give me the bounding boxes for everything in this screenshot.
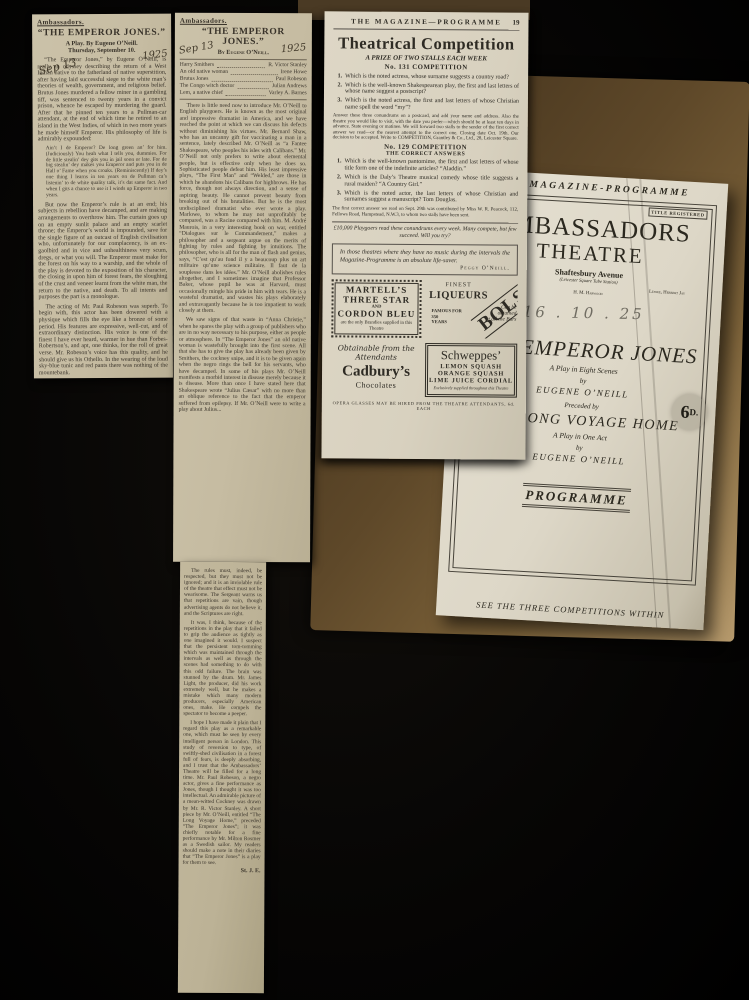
clipping1-play-quote: Ain’t I de Emperor? De long green an’ fo…	[46, 145, 167, 199]
clipping3-paragraph: It was, I think, because of the repetiti…	[183, 620, 262, 718]
newspaper-clipping-continuation: The rules must, indeed, be respected, bu…	[178, 562, 266, 993]
magazine-header: THE MAGAZINE—PROGRAMME 19	[333, 17, 519, 30]
schweppes-wordmark: Schweppes’	[428, 348, 514, 364]
divider-rule	[332, 221, 518, 223]
competition-question: 2. Which is the well-known Shakespearean…	[333, 82, 519, 96]
opera-glasses-notice: OPERA GLASSES MAY BE HIRED FROM THE THEA…	[331, 401, 517, 412]
page-number: 19	[512, 19, 519, 27]
schweppes-ad: Schweppes’ LEMON SQUASH ORANGE SQUASH LI…	[425, 343, 517, 398]
competition-subtitle: A PRIZE OF TWO STALLS EACH WEEK	[333, 54, 519, 62]
competition-answer: 3. Which is the noted actor, the last le…	[332, 190, 518, 204]
critic-initials: St. J. E.	[182, 867, 260, 873]
answers-heading: THE CORRECT ANSWERS	[333, 150, 519, 157]
cast-row: Lem, a native chiefVarley A. Barnes	[180, 90, 307, 97]
newspaper-clipping-2: Ambassadors. “THE EMPEROR JONES.” By Eug…	[173, 13, 312, 562]
magazine-programme-page: THE MAGAZINE—PROGRAMME 19 Theatrical Com…	[321, 11, 528, 459]
competition-answer: 1. Which is the well-known pantomime, th…	[332, 159, 518, 173]
clipping3-paragraph: I hope I have made it plain that I regar…	[183, 720, 262, 867]
scrapbook-photo: THE MAGAZINE-PROGRAMME TITLE REGISTERED …	[0, 0, 749, 1000]
martell-brandy-ad: MARTELL’S THREE STAR AND CORDON BLEU are…	[331, 280, 421, 339]
clipping1-title: “THE EMPEROR JONES.”	[37, 28, 166, 39]
cadburys-wordmark: Cadbury’s	[331, 364, 421, 382]
competition-instructions: Answer these three conundrums on a postc…	[333, 114, 519, 143]
testimonial-box: In those theatres where they have no mus…	[332, 244, 518, 276]
cast-list: Harry SmithersR. Victor Stanley An old n…	[180, 59, 307, 100]
ad-row-2: Obtainable from the Attendants Cadbury’s…	[331, 343, 517, 398]
clipping2-paragraph: There is little need now to introduce Mr…	[179, 103, 307, 315]
competition-tagline: £10,000 Playgoers read these conundrums …	[332, 225, 518, 239]
competition-question: 1. Which is the noted actress, whose sur…	[333, 73, 519, 81]
clipping2-venue: Ambassadors.	[180, 17, 307, 25]
handwritten-date-cover: 16 . 10 . 25	[523, 303, 645, 324]
handwritten-year: 1925	[280, 42, 306, 55]
testimonial-signature: Peggy O’Neill.	[340, 265, 510, 272]
clipping1-paragraph: But now the Emperor’s rule is at an end;…	[38, 202, 168, 302]
ad-row-1: MARTELL’S THREE STAR AND CORDON BLEU are…	[331, 280, 517, 339]
clipping1-paragraph: The acting of Mr. Paul Robeson was super…	[39, 303, 168, 376]
clipping1-venue: Ambassadors.	[37, 18, 166, 27]
clipping3-paragraph: The rules must, indeed, be respected, bu…	[184, 568, 262, 617]
clipping2-paragraph: We saw signs of that waste in “Anna Chri…	[179, 317, 306, 414]
cadburys-chocolates-ad: Obtainable from the Attendants Cadbury’s…	[331, 343, 421, 398]
competition-question: 3. Which is the noted actress, the first…	[333, 98, 519, 112]
newspaper-clipping-1: Ambassadors. “THE EMPEROR JONES.” A Play…	[32, 14, 173, 379]
competition-title: Theatrical Competition	[333, 33, 519, 54]
bols-liqueurs-ad: FINEST LIQUEURS FAMOUS FOR 350 YEARS BOL…	[425, 280, 517, 339]
competition-answer: 2. Which is the Daly’s Theatre musical c…	[332, 175, 518, 189]
winner-note: The first correct answer we read on Sept…	[332, 206, 518, 218]
competition-number: No. 131 COMPETITION	[333, 63, 519, 71]
